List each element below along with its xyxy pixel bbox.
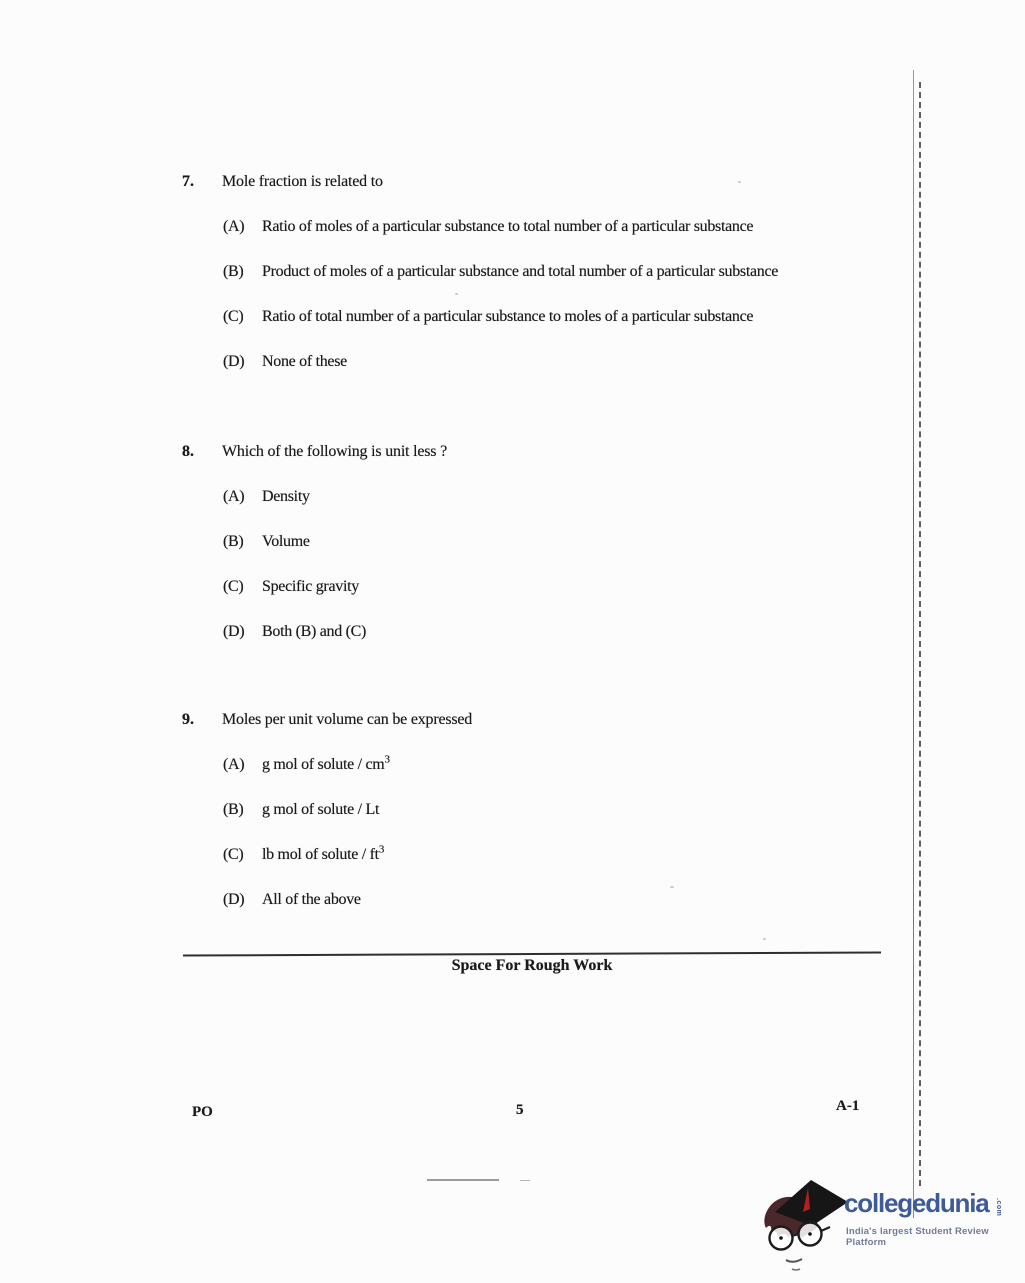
- question-8: 8. Which of the following is unit less ?…: [182, 442, 898, 667]
- option-label: (B): [223, 800, 262, 819]
- question-7: 7. Mole fraction is related to (A) Ratio…: [182, 172, 898, 397]
- question-number: 7.: [182, 172, 222, 191]
- question-number: 8.: [182, 442, 222, 461]
- option-text: Ratio of moles of a particular substance…: [262, 217, 753, 236]
- option-label: (D): [223, 622, 262, 641]
- option-a: (A) Ratio of moles of a particular subst…: [223, 217, 898, 236]
- option-b: (B) g mol of solute / Lt: [223, 800, 898, 819]
- collegedunia-logo: collegedunia .com India's largest Studen…: [758, 1172, 1020, 1277]
- option-label: (B): [223, 262, 262, 281]
- question-8-header: 8. Which of the following is unit less ?: [182, 442, 898, 461]
- page-edge-line-dashed: [919, 82, 921, 1186]
- option-text: All of the above: [262, 890, 361, 909]
- question-9-options: (A) g mol of solute / cm3 (B) g mol of s…: [223, 755, 898, 909]
- question-8-options: (A) Density (B) Volume (C) Specific grav…: [223, 487, 898, 641]
- question-9: 9. Moles per unit volume can be expresse…: [182, 710, 898, 935]
- option-text: g mol of solute / cm3: [262, 755, 390, 774]
- question-text: Which of the following is unit less ?: [222, 442, 447, 461]
- option-label: (D): [223, 352, 262, 371]
- page-edge-line-solid: [913, 70, 914, 1218]
- scan-speck: [738, 181, 741, 183]
- question-7-options: (A) Ratio of moles of a particular subst…: [223, 217, 898, 371]
- option-label: (C): [223, 307, 262, 326]
- collegedunia-wordmark: collegedunia: [844, 1188, 989, 1219]
- question-number: 9.: [182, 710, 222, 729]
- option-label: (B): [223, 532, 262, 551]
- scan-dash-mark: [427, 1179, 499, 1181]
- option-c: (C) Specific gravity: [223, 577, 898, 596]
- option-label: (C): [223, 845, 262, 864]
- option-text: Volume: [262, 532, 310, 551]
- option-label: (D): [223, 890, 262, 909]
- option-text: g mol of solute / Lt: [262, 800, 379, 819]
- option-label: (A): [223, 487, 262, 506]
- option-text: Ratio of total number of a particular su…: [262, 307, 753, 326]
- rough-work-label: Space For Rough Work: [183, 957, 881, 975]
- option-d: (D) Both (B) and (C): [223, 622, 898, 641]
- scan-speck: [763, 938, 766, 940]
- scan-speck: [670, 886, 674, 888]
- scan-speck: [455, 293, 458, 295]
- rough-work-divider-line: [183, 951, 881, 956]
- collegedunia-com-suffix: .com: [995, 1198, 1002, 1216]
- option-a: (A) Density: [223, 487, 898, 506]
- collegedunia-tagline: India's largest Student Review Platform: [846, 1226, 1020, 1248]
- option-text: Product of moles of a particular substan…: [262, 262, 778, 281]
- option-c: (C) Ratio of total number of a particula…: [223, 307, 898, 326]
- option-label: (A): [223, 755, 262, 774]
- footer-set-code: A-1: [836, 1098, 859, 1115]
- option-text: Density: [262, 487, 310, 506]
- exam-page: 7. Mole fraction is related to (A) Ratio…: [0, 0, 1025, 1283]
- question-text: Mole fraction is related to: [222, 172, 383, 191]
- footer-page-number: 5: [516, 1102, 524, 1119]
- option-c: (C) lb mol of solute / ft3: [223, 845, 898, 864]
- question-text: Moles per unit volume can be expressed: [222, 710, 472, 729]
- option-text: Specific gravity: [262, 577, 359, 596]
- option-text: None of these: [262, 352, 347, 371]
- footer-booklet-code: PO: [192, 1104, 213, 1121]
- question-9-header: 9. Moles per unit volume can be expresse…: [182, 710, 898, 729]
- mascot-mouth: [786, 1259, 802, 1262]
- option-text: lb mol of solute / ft3: [262, 845, 384, 864]
- option-b: (B) Product of moles of a particular sub…: [223, 262, 898, 281]
- option-label: (A): [223, 217, 262, 236]
- option-a: (A) g mol of solute / cm3: [223, 755, 898, 774]
- option-text: Both (B) and (C): [262, 622, 366, 641]
- collegedunia-mascot-icon: [758, 1174, 850, 1272]
- option-b: (B) Volume: [223, 532, 898, 551]
- scan-dash-mark: [520, 1180, 530, 1181]
- question-7-header: 7. Mole fraction is related to: [182, 172, 898, 191]
- option-d: (D) All of the above: [223, 890, 898, 909]
- option-d: (D) None of these: [223, 352, 898, 371]
- option-label: (C): [223, 577, 262, 596]
